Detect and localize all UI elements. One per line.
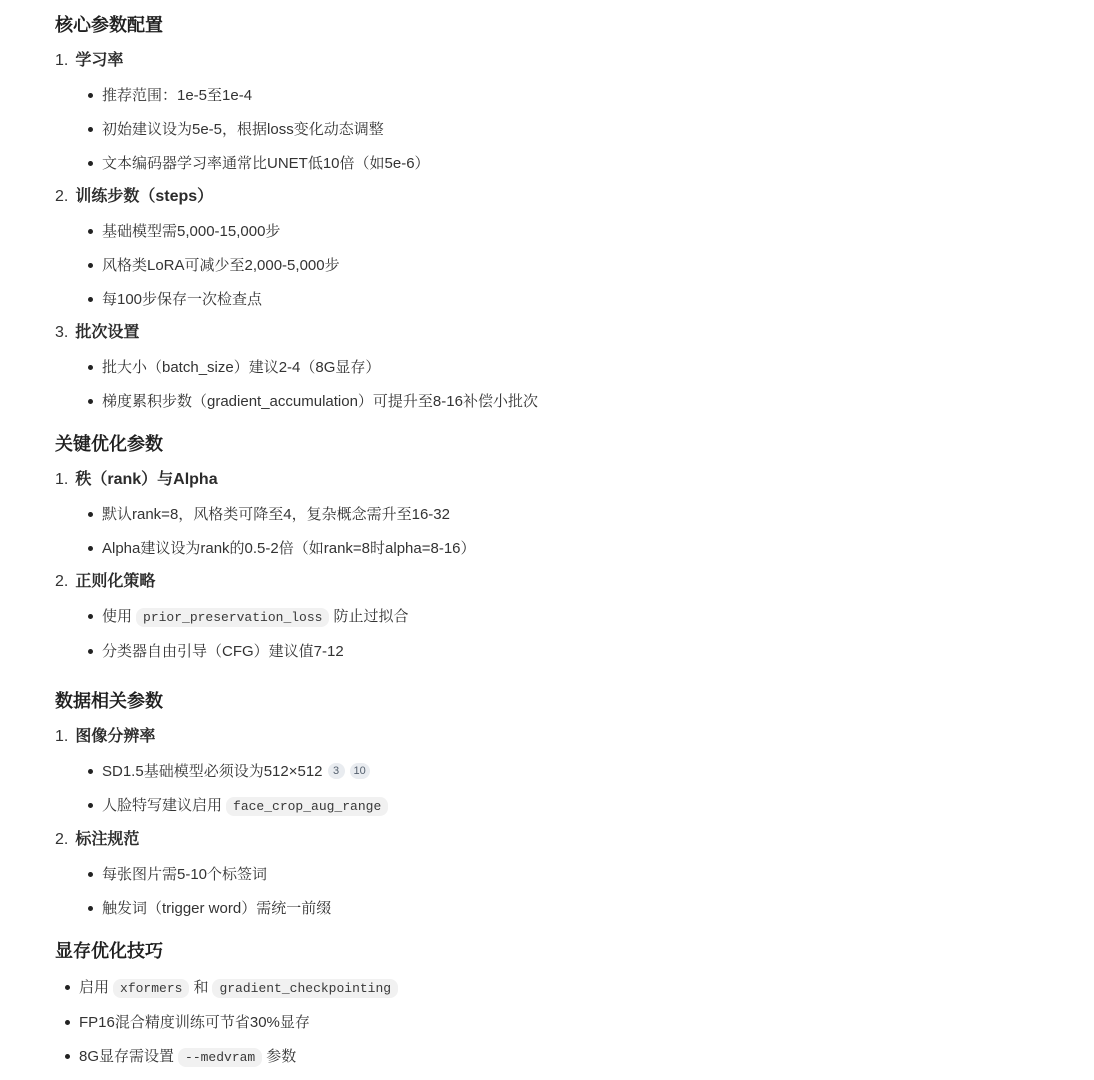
list-item-captioning-rules: 2.标注规范 每张图片需5-10个标签词 触发词（trigger word）需统…	[55, 829, 1054, 919]
list-item-training-steps: 2.训练步数（steps） 基础模型需5,000-15,000步 风格类LoRA…	[55, 186, 1054, 310]
bullet-text: 每张图片需5-10个标签词	[102, 866, 267, 883]
item-number: 3.	[55, 324, 68, 341]
list-item-title-line: 2.标注规范	[55, 829, 1054, 851]
bullet-text: 初始建议设为5e-5，根据loss变化动态调整	[102, 121, 384, 138]
bullet-text: 参数	[266, 1048, 296, 1065]
bullet-text: 防止过拟合	[333, 608, 408, 625]
section-heading-data-params: 数据相关参数	[55, 689, 1054, 714]
bullet-item: FP16混合精度训练可节省30%显存	[65, 1012, 1054, 1033]
bullet-text: 触发词（trigger word）需统一前缀	[102, 900, 331, 917]
inline-code: gradient_checkpointing	[212, 979, 398, 998]
bullet-item: Alpha建议设为rank的0.5-2倍（如rank=8时alpha=8-16）	[88, 538, 1054, 559]
bullet-list: SD1.5基础模型必须设为512×512310 人脸特写建议启用face_cro…	[55, 761, 1054, 817]
answer-document: 核心参数配置 1.学习率 推荐范围：1e-5至1e-4 初始建议设为5e-5，根…	[0, 0, 1094, 1080]
bullet-text: 8G显存需设置	[79, 1048, 174, 1065]
bullet-item: 每张图片需5-10个标签词	[88, 864, 1054, 885]
item-title: 标注规范	[75, 831, 139, 848]
citation-badge[interactable]: 10	[350, 763, 370, 779]
bullet-text: 风格类LoRA可减少至2,000-5,000步	[102, 257, 340, 274]
bullet-text: FP16混合精度训练可节省30%显存	[79, 1014, 310, 1031]
list-item-title-line: 1.秩（rank）与Alpha	[55, 469, 1054, 491]
item-title: 图像分辨率	[75, 728, 155, 745]
list-item-title-line: 2.正则化策略	[55, 571, 1054, 593]
item-title: 秩（rank）与Alpha	[75, 471, 217, 488]
bullet-item: 基础模型需5,000-15,000步	[88, 221, 1054, 242]
bullet-item: 使用prior_preservation_loss防止过拟合	[88, 606, 1054, 628]
bullet-item: SD1.5基础模型必须设为512×512310	[88, 761, 1054, 782]
list-item-image-resolution: 1.图像分辨率 SD1.5基础模型必须设为512×512310 人脸特写建议启用…	[55, 726, 1054, 817]
list-item-learning-rate: 1.学习率 推荐范围：1e-5至1e-4 初始建议设为5e-5，根据loss变化…	[55, 50, 1054, 174]
bullet-item: 文本编码器学习率通常比UNET低10倍（如5e-6）	[88, 153, 1054, 174]
item-number: 1.	[55, 52, 68, 69]
bullet-list: 推荐范围：1e-5至1e-4 初始建议设为5e-5，根据loss变化动态调整 文…	[55, 85, 1054, 174]
bullet-text: 梯度累积步数（gradient_accumulation）可提升至8-16补偿小…	[102, 393, 538, 410]
list-item-title-line: 1.图像分辨率	[55, 726, 1054, 748]
item-number: 2.	[55, 573, 68, 590]
list-item-rank-alpha: 1.秩（rank）与Alpha 默认rank=8，风格类可降至4，复杂概念需升至…	[55, 469, 1054, 559]
item-title: 训练步数（steps）	[75, 188, 213, 205]
section-heading-vram-tips: 显存优化技巧	[55, 939, 1054, 964]
bullet-text: 分类器自由引导（CFG）建议值7-12	[102, 643, 344, 660]
bullet-item: 8G显存需设置--medvram参数	[65, 1046, 1054, 1068]
item-title: 正则化策略	[75, 573, 155, 590]
bullet-text: 基础模型需5,000-15,000步	[102, 223, 280, 240]
bullet-item: 分类器自由引导（CFG）建议值7-12	[88, 641, 1054, 662]
bullet-text: 批大小（batch_size）建议2-4（8G显存）	[102, 359, 380, 376]
bullet-item: 初始建议设为5e-5，根据loss变化动态调整	[88, 119, 1054, 140]
bullet-list: 基础模型需5,000-15,000步 风格类LoRA可减少至2,000-5,00…	[55, 221, 1054, 310]
bullet-text: SD1.5基础模型必须设为512×512	[102, 763, 323, 780]
section-heading-optimization-params: 关键优化参数	[55, 432, 1054, 457]
bullet-item: 梯度累积步数（gradient_accumulation）可提升至8-16补偿小…	[88, 391, 1054, 412]
list-item-title-line: 2.训练步数（steps）	[55, 186, 1054, 208]
bullet-text: 人脸特写建议启用	[102, 797, 222, 814]
bullet-item: 默认rank=8，风格类可降至4，复杂概念需升至16-32	[88, 504, 1054, 525]
bullet-item: 触发词（trigger word）需统一前缀	[88, 898, 1054, 919]
bullet-list: 批大小（batch_size）建议2-4（8G显存） 梯度累积步数（gradie…	[55, 357, 1054, 412]
bullet-text: 默认rank=8，风格类可降至4，复杂概念需升至16-32	[102, 506, 450, 523]
bullet-list: 使用prior_preservation_loss防止过拟合 分类器自由引导（C…	[55, 606, 1054, 662]
bullet-item: 每100步保存一次检查点	[88, 289, 1054, 310]
list-item-batch-settings: 3.批次设置 批大小（batch_size）建议2-4（8G显存） 梯度累积步数…	[55, 322, 1054, 412]
inline-code: prior_preservation_loss	[136, 608, 329, 627]
item-number: 1.	[55, 471, 68, 488]
list-item-title-line: 1.学习率	[55, 50, 1054, 72]
list-item-regularization: 2.正则化策略 使用prior_preservation_loss防止过拟合 分…	[55, 571, 1054, 662]
bullet-text: 和	[193, 979, 208, 996]
section-heading-core-params: 核心参数配置	[55, 13, 1054, 38]
inline-code: face_crop_aug_range	[226, 797, 388, 816]
bullet-text: 每100步保存一次检查点	[102, 291, 262, 308]
bullet-list-vram-tips: 启用xformers和gradient_checkpointing FP16混合…	[55, 977, 1054, 1068]
inline-code: --medvram	[178, 1048, 262, 1067]
ordered-list-data-params: 1.图像分辨率 SD1.5基础模型必须设为512×512310 人脸特写建议启用…	[55, 726, 1054, 919]
bullet-list: 每张图片需5-10个标签词 触发词（trigger word）需统一前缀	[55, 864, 1054, 919]
ordered-list-optimization-params: 1.秩（rank）与Alpha 默认rank=8，风格类可降至4，复杂概念需升至…	[55, 469, 1054, 662]
inline-code: xformers	[113, 979, 189, 998]
bullet-item: 人脸特写建议启用face_crop_aug_range	[88, 795, 1054, 817]
item-number: 1.	[55, 728, 68, 745]
citation-badge[interactable]: 3	[328, 763, 345, 779]
item-title: 批次设置	[75, 324, 139, 341]
item-title: 学习率	[75, 52, 123, 69]
list-item-title-line: 3.批次设置	[55, 322, 1054, 344]
bullet-item: 推荐范围：1e-5至1e-4	[88, 85, 1054, 106]
item-number: 2.	[55, 831, 68, 848]
ordered-list-core-params: 1.学习率 推荐范围：1e-5至1e-4 初始建议设为5e-5，根据loss变化…	[55, 50, 1054, 412]
bullet-text: 使用	[102, 608, 132, 625]
bullet-text: 启用	[79, 979, 109, 996]
bullet-text: 文本编码器学习率通常比UNET低10倍（如5e-6）	[102, 155, 430, 172]
bullet-text: Alpha建议设为rank的0.5-2倍（如rank=8时alpha=8-16）	[102, 540, 476, 557]
bullet-text: 推荐范围：1e-5至1e-4	[102, 87, 252, 104]
bullet-item: 批大小（batch_size）建议2-4（8G显存）	[88, 357, 1054, 378]
bullet-item: 风格类LoRA可减少至2,000-5,000步	[88, 255, 1054, 276]
bullet-item: 启用xformers和gradient_checkpointing	[65, 977, 1054, 999]
bullet-list: 默认rank=8，风格类可降至4，复杂概念需升至16-32 Alpha建议设为r…	[55, 504, 1054, 559]
item-number: 2.	[55, 188, 68, 205]
